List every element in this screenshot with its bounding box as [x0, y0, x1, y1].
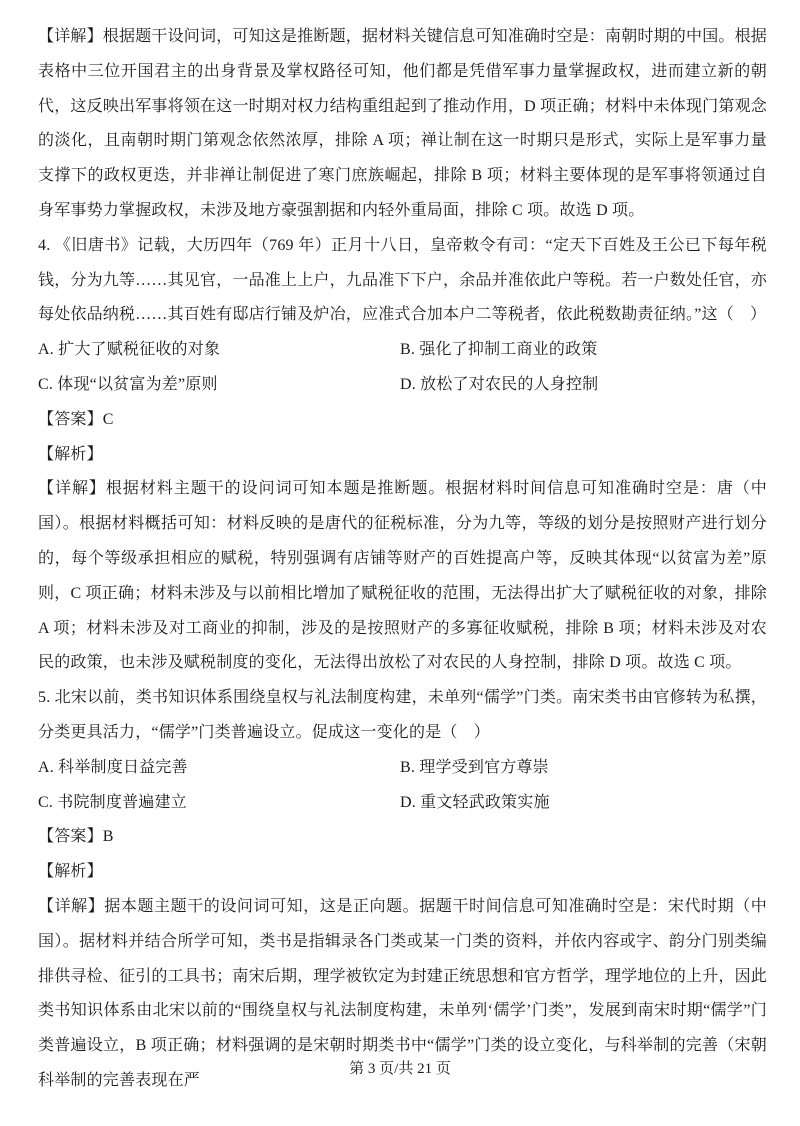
question-5-analysis-label: 【解析】: [38, 855, 767, 890]
question-4-stem: 4. 《旧唐书》记载，大历四年（769 年）正月十八日，皇帝敕令有司：“定天下百…: [38, 229, 767, 333]
question-5-answer-line: 【答案】B: [38, 820, 767, 855]
document-body: 【详解】根据题干设问词，可知这是推断题，据材料关键信息可知准确时空是：南朝时期的…: [38, 20, 767, 1099]
question-4-answer-line: 【答案】C: [38, 403, 767, 438]
exam-document-page: 【详解】根据题干设问词，可知这是推断题，据材料关键信息可知准确时空是：南朝时期的…: [0, 0, 800, 1126]
question-4-option-a: A. 扩大了赋税征收的对象: [38, 333, 400, 368]
question-5-option-d: D. 重文轻武政策实施: [400, 786, 767, 821]
question-4-option-b: B. 强化了抑制工商业的政策: [400, 333, 767, 368]
question-5-option-b: B. 理学受到官方尊崇: [400, 751, 767, 786]
question-4-option-c: C. 体现“以贫富为差”原则: [38, 368, 400, 403]
page-number-footer: 第 3 页/共 21 页: [0, 1058, 800, 1080]
question-5-option-c: C. 书院制度普遍建立: [38, 786, 400, 821]
question-4-analysis-label: 【解析】: [38, 438, 767, 473]
question-4-explanation-paragraph: 【详解】根据材料主题干的设问词可知本题是推断题。根据材料时间信息可知准确时空是：…: [38, 472, 767, 681]
question-4-options-row-cd: C. 体现“以贫富为差”原则 D. 放松了对农民的人身控制: [38, 368, 767, 403]
question-5-options-row-cd: C. 书院制度普遍建立 D. 重文轻武政策实施: [38, 786, 767, 821]
question-4-options-row-ab: A. 扩大了赋税征收的对象 B. 强化了抑制工商业的政策: [38, 333, 767, 368]
question-5-stem: 5. 北宋以前，类书知识体系围绕皇权与礼法制度构建，未单列“儒学”门类。南宋类书…: [38, 681, 767, 751]
question-5-option-a: A. 科举制度日益完善: [38, 751, 400, 786]
question-5-options-row-ab: A. 科举制度日益完善 B. 理学受到官方尊崇: [38, 751, 767, 786]
q3-explanation-paragraph: 【详解】根据题干设问词，可知这是推断题，据材料关键信息可知准确时空是：南朝时期的…: [38, 20, 767, 229]
question-4-option-d: D. 放松了对农民的人身控制: [400, 368, 767, 403]
